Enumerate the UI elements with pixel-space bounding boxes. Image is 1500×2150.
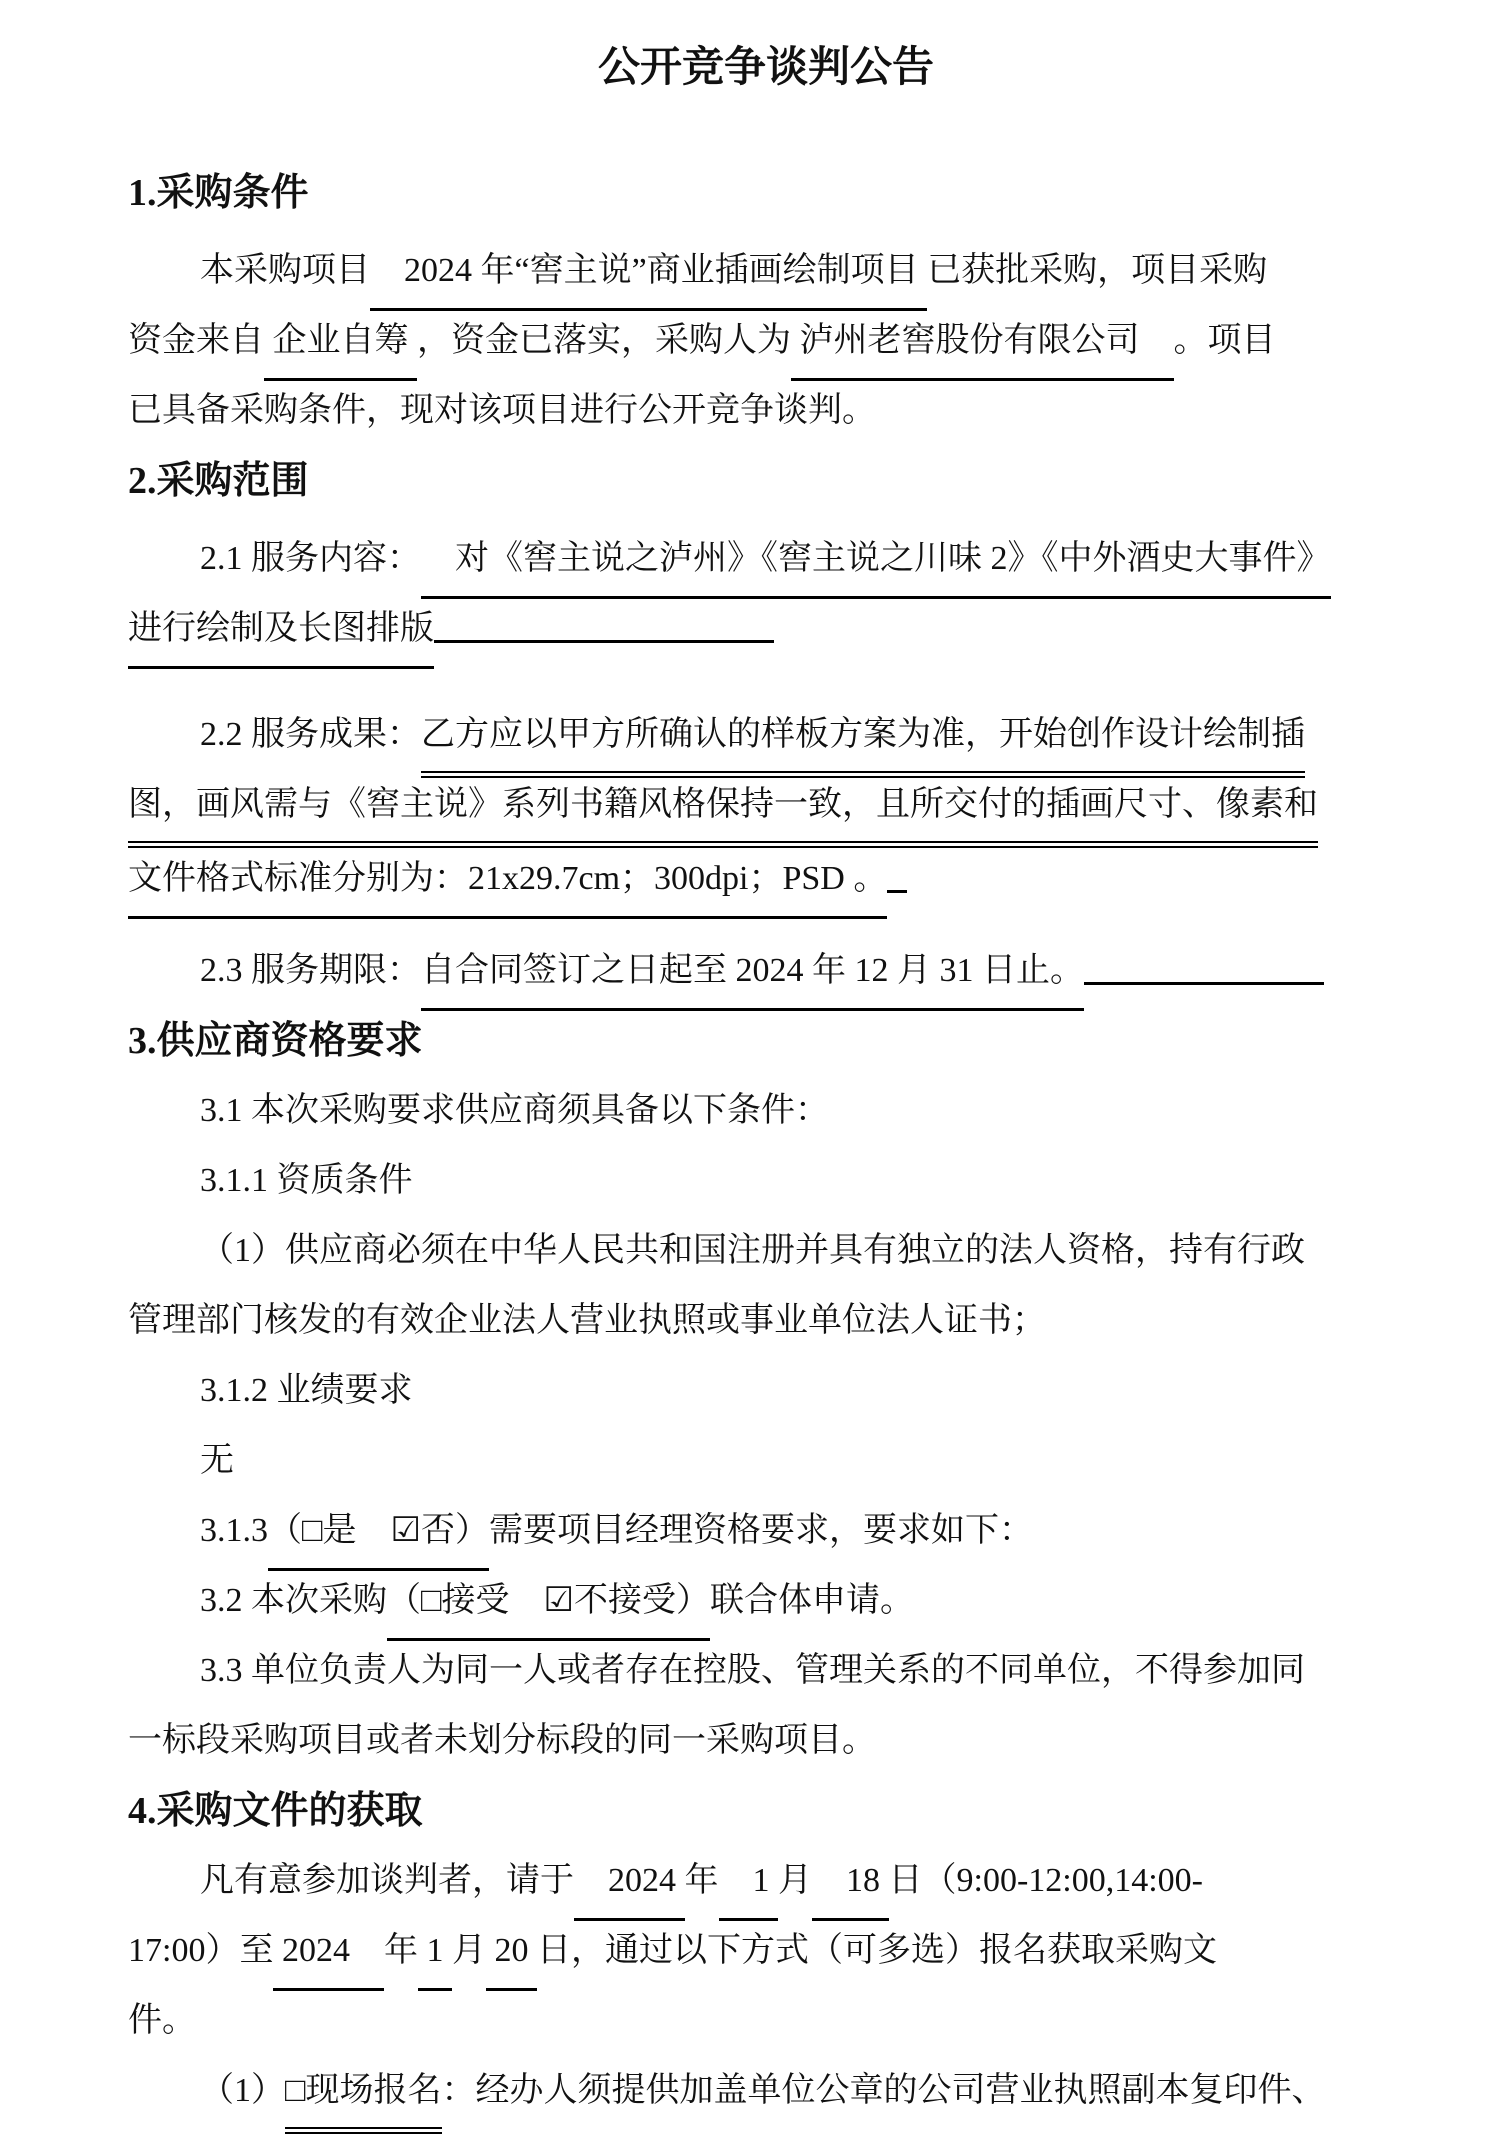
service-result-line-2: 图，画风需与《窖主说》系列书籍风格保持一致，且所交付的插画尺寸、像素和	[128, 770, 1404, 840]
document-page: 公开竞争谈判公告 1.采购条件 本采购项目 2024 年“窖主说”商业插画绘制项…	[0, 0, 1500, 2150]
buyer-name-field: 泸州老窖股份有限公司	[791, 306, 1174, 381]
section-4-heading: 4.采购文件的获取	[128, 1776, 1404, 1846]
conditions-paragraph-line-1: 本采购项目 2024 年“窖主说”商业插画绘制项目 已获批采购，项目采购	[128, 236, 1404, 306]
start-year-field: 2024	[574, 1846, 685, 1921]
hours-tail-text: 17:00）至	[128, 1932, 273, 1969]
manager-requirement-3-1-3: 3.1.3（□是 ☑否）需要项目经理资格要求，要求如下：	[128, 1496, 1404, 1566]
start-day-field: 18	[812, 1846, 889, 1921]
service-content-field: 对《窖主说之泸州》《窖主说之川味 2》《中外酒史大事件》	[421, 524, 1331, 599]
section-3-heading: 3.供应商资格要求	[128, 1006, 1404, 1076]
consortium-tail-text: 联合体申请。	[710, 1582, 914, 1619]
after-buyer-text: 。项目	[1174, 322, 1276, 359]
qualification-paragraph-line-2: 管理部门核发的有效企业法人营业执照或事业单位法人证书；	[128, 1286, 1404, 1356]
blank-underline	[887, 890, 907, 893]
item-number: 3.1.3	[200, 1512, 268, 1549]
service-result-line-1: 2.2 服务成果：乙方应以甲方所确认的样板方案为准，开始创作设计绘制插	[128, 700, 1404, 770]
document-title: 公开竞争谈判公告	[128, 26, 1404, 110]
service-result-label: 2.2 服务成果：	[200, 716, 421, 753]
item-number: （1）	[200, 2072, 285, 2109]
performance-heading-3-1-2: 3.1.2 业绩要求	[128, 1356, 1404, 1426]
blank-underline	[1084, 982, 1324, 985]
section-1-heading: 1.采购条件	[128, 158, 1404, 228]
end-month-field: 1	[418, 1916, 452, 1991]
service-term-field: 自合同签订之日起至 2024 年 12 月 31 日止。	[421, 936, 1084, 1011]
conditions-paragraph-line-2: 资金来自 企业自筹 ，资金已落实，采购人为 泸州老窖股份有限公司 。项目	[128, 306, 1404, 376]
year-label: 年	[384, 1932, 418, 1969]
service-content-line-1: 2.1 服务内容： 对《窖主说之泸州》《窖主说之川味 2》《中外酒史大事件》	[128, 524, 1404, 594]
qualification-paragraph-line-1: （1）供应商必须在中华人民共和国注册并具有独立的法人资格，持有行政	[128, 1216, 1404, 1286]
consortium-requirement-3-2: 3.2 本次采购（□接受 ☑不接受）联合体申请。	[128, 1566, 1404, 1636]
lead-text: 本采购项目	[200, 252, 370, 289]
qualification-heading-3-1-1: 3.1.1 资质条件	[128, 1146, 1404, 1216]
service-content-line-2: 进行绘制及长图排版	[128, 594, 1404, 664]
registration-dates-line-1: 凡有意参加谈判者，请于 2024 年 1 月 18 日（9:00-12:00,1…	[128, 1846, 1404, 1916]
same-entity-rule-line-1: 3.3 单位负责人为同一人或者存在控股、管理关系的不同单位，不得参加同	[128, 1636, 1404, 1706]
after-project-text: 已获批采购，项目采购	[927, 252, 1267, 289]
file-format-field: 文件格式标准分别为：21x29.7cm；300dpi；PSD 。	[128, 844, 887, 919]
fund-lead-text: 资金来自	[128, 322, 264, 359]
year-label: 年	[685, 1862, 719, 1899]
manager-requirement-text: 需要项目经理资格要求，要求如下：	[489, 1512, 1033, 1549]
fund-source-field: 企业自筹	[264, 306, 417, 381]
same-entity-rule-line-2: 一标段采购项目或者未划分标段的同一采购项目。	[128, 1706, 1404, 1776]
buyer-lead-text: ，资金已落实，采购人为	[417, 322, 791, 359]
method-text: 日，通过以下方式（可多选）报名获取采购文	[537, 1932, 1217, 1969]
registration-dates-line-2: 17:00）至 2024 年 1 月 20 日，通过以下方式（可多选）报名获取采…	[128, 1916, 1404, 1986]
service-result-field: 乙方应以甲方所确认的样板方案为准，开始创作设计绘制插	[421, 700, 1305, 778]
month-label: 月	[452, 1932, 486, 1969]
onsite-registration-line: （1）□现场报名：经办人须提供加盖单位公章的公司营业执照副本复印件、	[128, 2056, 1404, 2126]
accept-reject-checkbox-group: （□接受 ☑不接受）	[387, 1566, 710, 1641]
service-term-line: 2.3 服务期限：自合同签订之日起至 2024 年 12 月 31 日止。	[128, 936, 1404, 1006]
service-term-label: 2.3 服务期限：	[200, 952, 421, 989]
service-content-field-continued: 进行绘制及长图排版	[128, 594, 434, 669]
start-month-field: 1	[719, 1846, 779, 1921]
blank-underline	[434, 640, 774, 643]
day-and-hours-text: 日（9:00-12:00,14:00-	[889, 1862, 1203, 1899]
project-name-field: 2024 年“窖主说”商业插画绘制项目	[370, 236, 927, 311]
registration-dates-line-3: 件。	[128, 1986, 1404, 2056]
conditions-paragraph-line-3: 已具备采购条件，现对该项目进行公开竞争谈判。	[128, 376, 1404, 446]
section-2-heading: 2.采购范围	[128, 446, 1404, 516]
performance-none-text: 无	[128, 1426, 1404, 1496]
onsite-registration-text: ：经办人须提供加盖单位公章的公司营业执照副本复印件、	[442, 2072, 1326, 2109]
consortium-lead-text: 3.2 本次采购	[200, 1582, 387, 1619]
supplier-requirement-3-1: 3.1 本次采购要求供应商须具备以下条件：	[128, 1076, 1404, 1146]
yes-no-checkbox-group: （□是 ☑否）	[268, 1496, 489, 1571]
month-label: 月	[778, 1862, 812, 1899]
service-result-field-continued: 图，画风需与《窖主说》系列书籍风格保持一致，且所交付的插画尺寸、像素和	[128, 770, 1318, 848]
service-content-label: 2.1 服务内容：	[200, 540, 421, 577]
end-year-field: 2024	[273, 1916, 384, 1991]
dates-lead-text: 凡有意参加谈判者，请于	[200, 1862, 574, 1899]
end-day-field: 20	[486, 1916, 537, 1991]
onsite-registration-checkbox-label: □现场报名	[285, 2056, 442, 2134]
service-result-line-3: 文件格式标准分别为：21x29.7cm；300dpi；PSD 。	[128, 844, 1404, 914]
